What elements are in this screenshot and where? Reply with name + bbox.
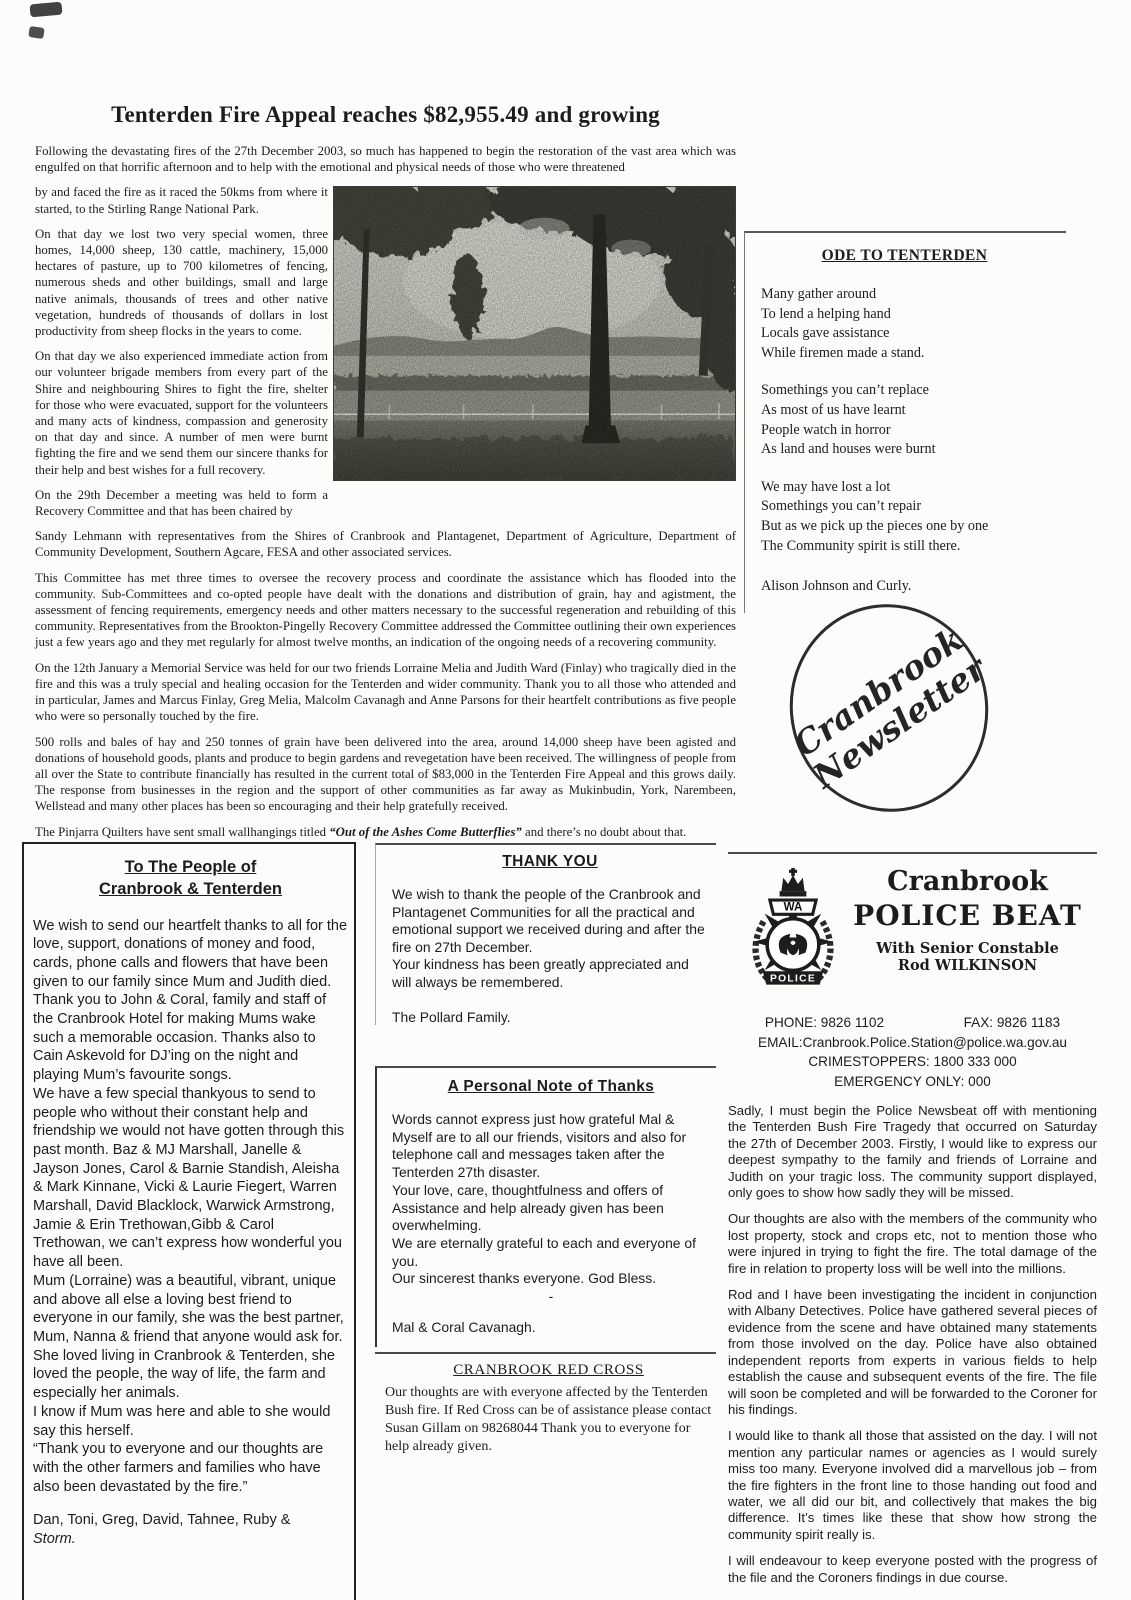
police-contacts: PHONE: 9826 1102 FAX: 9826 1183 EMAIL:Cr… — [728, 1013, 1097, 1091]
personal-note-title: A Personal Note of Thanks — [392, 1078, 710, 1096]
ode-box: ODE TO TENTERDEN Many gather around To l… — [744, 231, 1066, 613]
letter-signature-line: Storm. — [33, 1530, 348, 1549]
thank-you-signature: The Pollard Family. — [392, 1009, 708, 1025]
letter-paragraph: We have a few special thankyous to send … — [33, 1085, 348, 1272]
quilt-title: “Out of the Ashes Come Butterflies” — [329, 825, 522, 839]
letter-paragraph: “Thank you to everyone and our thoughts … — [33, 1440, 348, 1496]
police-email: EMAIL:Cranbrook.Police.Station@police.wa… — [728, 1033, 1097, 1053]
letter-paragraph: She loved living in Cranbrook & Tenterde… — [33, 1347, 348, 1403]
wa-police-badge: WA POLICE — [744, 866, 842, 1005]
police-phone-fax-row: PHONE: 9826 1102 FAX: 9826 1183 — [765, 1013, 1060, 1033]
thank-you-paragraph: Your kindness has been greatly appreciat… — [392, 956, 708, 991]
article-paragraph: On that day we also experienced immediat… — [35, 348, 328, 478]
cranbrook-newsletter-stamp: Cranbrook Newsletter — [771, 586, 1008, 831]
thank-you-paragraph: We wish to thank the people of the Cranb… — [392, 886, 708, 956]
pinjarra-text: The Pinjarra Quilters have sent small wa… — [35, 825, 329, 839]
article-paragraph: Sandy Lehmann with representatives from … — [35, 528, 736, 560]
ode-line: Locals gave assistance — [761, 324, 1066, 344]
scan-smudge — [29, 2, 62, 18]
people-letter-box: To The People of Cranbrook & Tenterden W… — [22, 842, 356, 1600]
pinjarra-text: and there’s no doubt about that. — [522, 825, 687, 839]
thank-you-title: THANK YOU — [392, 853, 708, 871]
police-emergency: EMERGENCY ONLY: 000 — [728, 1072, 1097, 1092]
police-beat-titles: Cranbrook POLICE BEAT With Senior Consta… — [842, 866, 1097, 1005]
police-beat-title-line: Cranbrook — [842, 866, 1093, 897]
letter-paragraph: Mum (Lorraine) was a beautiful, vibrant,… — [33, 1272, 348, 1347]
article-paragraph: On the 12th January a Memorial Service w… — [35, 660, 736, 725]
letter-signature: Dan, Toni, Greg, David, Tahnee, Ruby & S… — [33, 1511, 348, 1548]
article-paragraph: This Committee has met three times to ov… — [35, 570, 736, 651]
stamp-text: Cranbrook Newsletter — [786, 620, 993, 796]
ode-line: We may have lost a lot — [761, 478, 1066, 498]
ode-stanza: We may have lost a lot Somethings you ca… — [761, 478, 1066, 556]
red-cross-title: CRANBROOK RED CROSS — [385, 1362, 712, 1379]
newsletter-page: Tenterden Fire Appeal reaches $82,955.49… — [0, 0, 1131, 1600]
police-paragraph: I will endeavour to keep everyone posted… — [728, 1553, 1097, 1586]
ode-line: As most of us have learnt — [761, 401, 1066, 421]
letter-paragraph: I know if Mum was here and able to she w… — [33, 1403, 348, 1440]
police-beat-column: WA POLICE Cranbrook POLICE BEAT With Sen… — [728, 852, 1097, 1596]
article-paragraph: The Pinjarra Quilters have sent small wa… — [35, 824, 736, 840]
letter-paragraph: Thank you to John & Coral, family and st… — [33, 991, 348, 1085]
scan-smudge — [28, 26, 45, 39]
letter-signature-line: Dan, Toni, Greg, David, Tahnee, Ruby & — [33, 1511, 348, 1530]
badge-wa-label: WA — [784, 902, 803, 914]
wa-police-badge-graphic: WA POLICE — [744, 866, 842, 1000]
ode-line: While firemen made a stand. — [761, 344, 1066, 364]
police-beat-subtitle: Rod WILKINSON — [842, 957, 1093, 974]
personal-note-paragraph: We are eternally grateful to each and ev… — [392, 1235, 710, 1270]
article-title: Tenterden Fire Appeal reaches $82,955.49… — [35, 102, 736, 128]
police-paragraph: I would like to thank all those that ass… — [728, 1428, 1097, 1543]
ode-line: But as we pick up the pieces one by one — [761, 517, 1066, 537]
ode-line: Somethings you can’t repair — [761, 497, 1066, 517]
ode-line: As land and houses were burnt — [761, 440, 1066, 460]
ode-line: People watch in horror — [761, 421, 1066, 441]
red-cross-notice: CRANBROOK RED CROSS Our thoughts are wit… — [375, 1352, 716, 1456]
police-paragraph: Our thoughts are also with the members o… — [728, 1211, 1097, 1277]
article-paragraph: 500 rolls and bales of hay and 250 tonne… — [35, 734, 736, 815]
police-beat-title-line: POLICE BEAT — [842, 899, 1093, 932]
personal-note-box: A Personal Note of Thanks Words cannot e… — [375, 1066, 716, 1347]
police-paragraph: Rod and I have been investigating the in… — [728, 1287, 1097, 1418]
red-cross-body: Our thoughts are with everyone affected … — [385, 1384, 712, 1456]
article-paragraph: On the 29th December a meeting was held … — [35, 487, 328, 519]
thank-you-box: THANK YOU We wish to thank the people of… — [375, 843, 716, 1025]
police-beat-subtitle: With Senior Constable — [842, 940, 1093, 957]
badge-police-label: POLICE — [770, 974, 816, 985]
ode-line: To lend a helping hand — [761, 305, 1066, 325]
ode-line: The Community spirit is still there. — [761, 537, 1066, 557]
ode-line: Somethings you can’t replace — [761, 381, 1066, 401]
police-crimestoppers: CRIMESTOPPERS: 1800 333 000 — [728, 1052, 1097, 1072]
ode-title: ODE TO TENTERDEN — [761, 247, 1048, 265]
ode-signature: Alison Johnson and Curly. — [761, 578, 1066, 595]
police-fax: FAX: 9826 1183 — [964, 1013, 1061, 1033]
ode-line: Many gather around — [761, 285, 1066, 305]
article-paragraph: Following the devastating fires of the 2… — [35, 143, 736, 175]
police-beat-header: WA POLICE Cranbrook POLICE BEAT With Sen… — [728, 866, 1097, 1005]
fire-appeal-article: Tenterden Fire Appeal reaches $82,955.49… — [35, 102, 736, 849]
landscape-photo-graphic — [334, 187, 735, 480]
ode-stanza: Many gather around To lend a helping han… — [761, 285, 1066, 363]
letter-title-line: Cranbrook & Tenterden — [33, 878, 348, 900]
letter-title-line: To The People of — [33, 856, 348, 878]
police-phone: PHONE: 9826 1102 — [765, 1013, 884, 1033]
police-paragraph: Sadly, I must begin the Police Newsbeat … — [728, 1103, 1097, 1201]
personal-note-paragraph: Words cannot express just how grateful M… — [392, 1111, 710, 1182]
article-paragraph: by and faced the fire as it raced the 50… — [35, 184, 328, 216]
police-beat-article: Sadly, I must begin the Police Newsbeat … — [728, 1103, 1097, 1586]
article-photo-row: by and faced the fire as it raced the 50… — [35, 184, 736, 528]
article-paragraph: On that day we lost two very special wom… — [35, 226, 328, 339]
landscape-photo — [333, 186, 736, 481]
article-left-column: by and faced the fire as it raced the 50… — [35, 184, 328, 528]
letter-paragraph: We wish to send our heartfelt thanks to … — [33, 917, 348, 992]
personal-note-paragraph: Our sincerest thanks everyone. God Bless… — [392, 1270, 710, 1288]
divider-dash: - — [392, 1288, 710, 1306]
personal-note-paragraph: Your love, care, thoughtfulness and offe… — [392, 1182, 710, 1235]
ode-stanza: Somethings you can’t replace As most of … — [761, 381, 1066, 459]
personal-note-signature: Mal & Coral Cavanagh. — [392, 1319, 710, 1335]
letter-title: To The People of Cranbrook & Tenterden — [33, 856, 348, 901]
